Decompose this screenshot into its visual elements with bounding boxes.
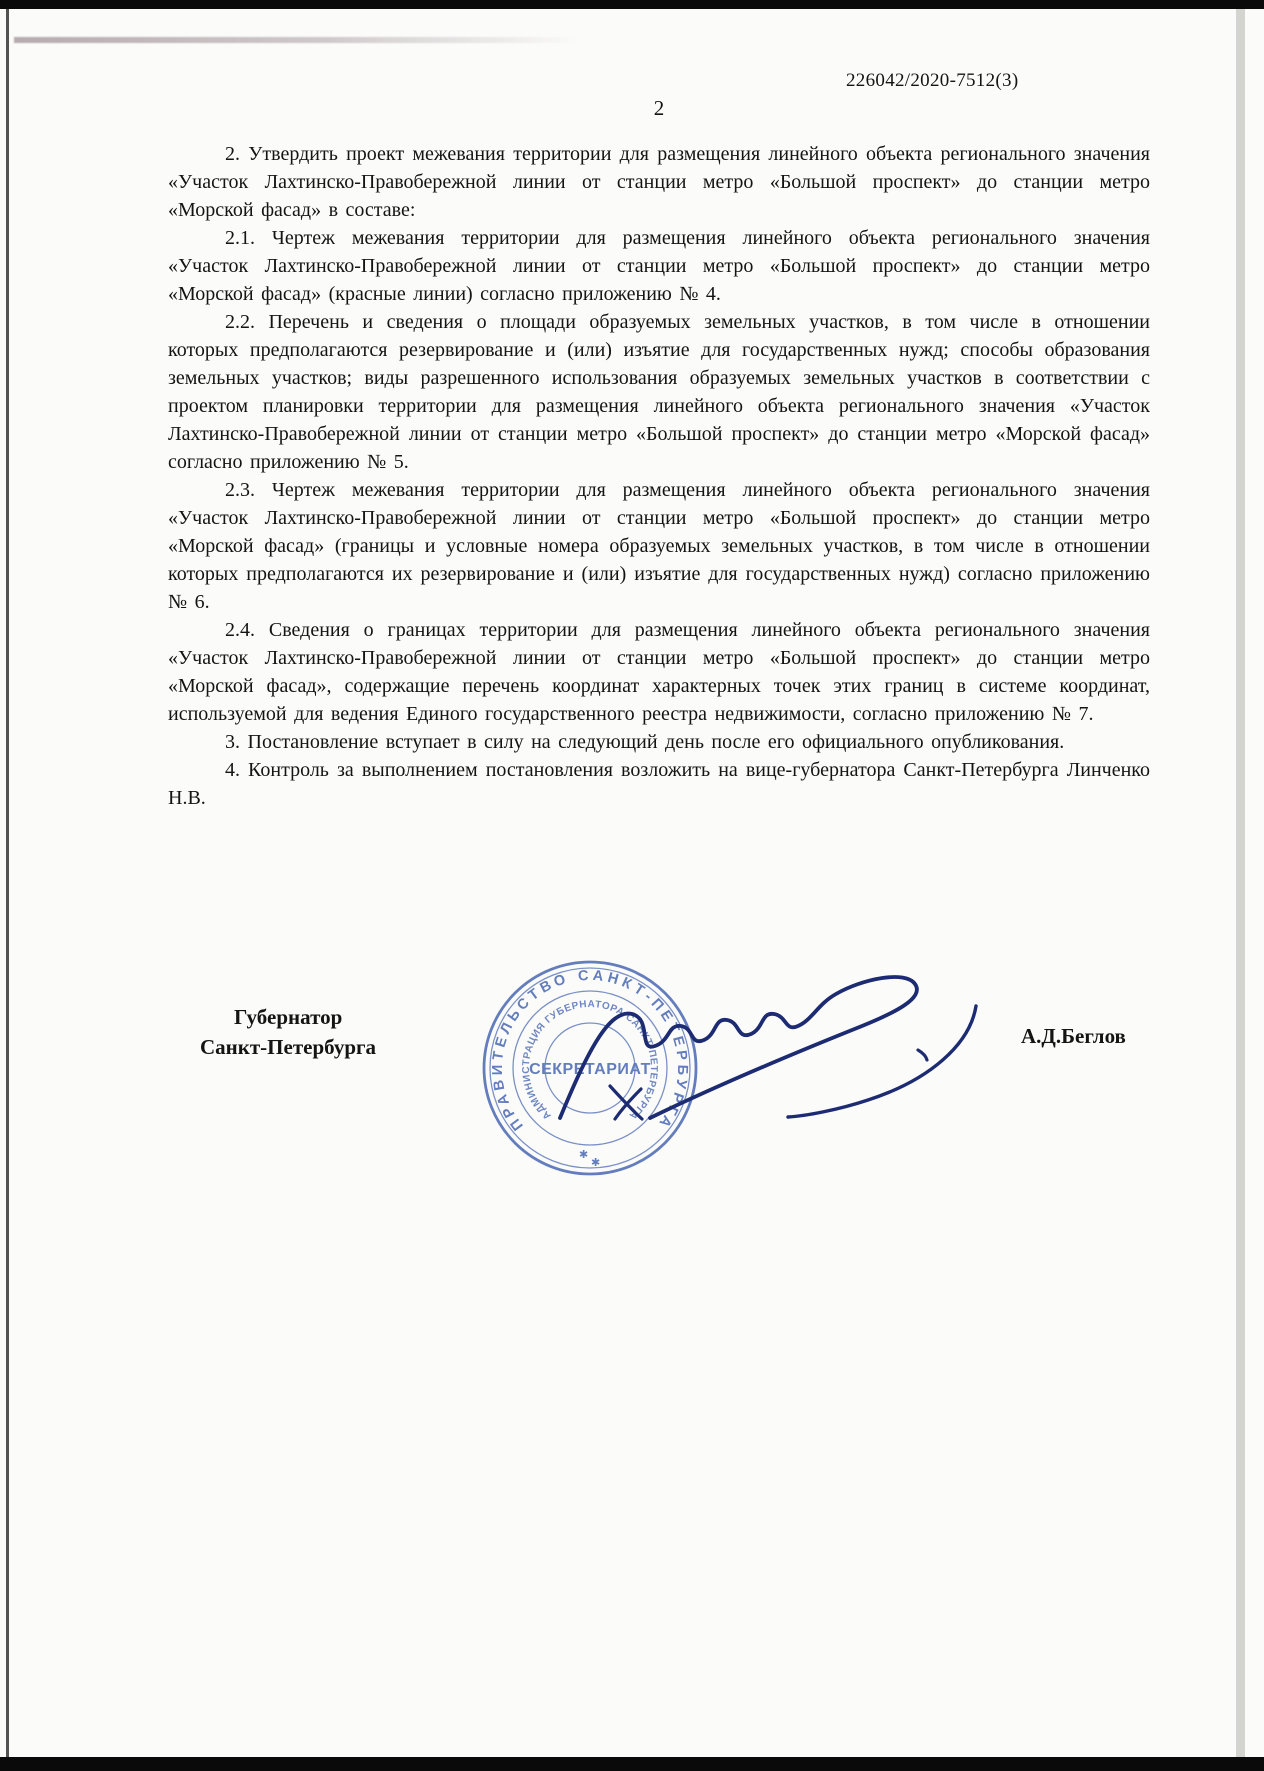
signer-position-line2: Санкт-Петербурга (200, 1035, 376, 1059)
scanned-document-page: 226042/2020-7512(3) 2 2. Утвердить проек… (0, 0, 1264, 1771)
paragraph-2-2: 2.2. Перечень и сведения о площади образ… (168, 308, 1150, 476)
paragraph-2-4: 2.4. Сведения о границах территории для … (168, 616, 1150, 728)
signature-ink-main-stroke (560, 977, 917, 1118)
signature-ink-k-stroke (610, 1086, 642, 1119)
signer-position-line1: Губернатор (234, 1002, 376, 1032)
paragraph-2-3: 2.3. Чертеж межевания территории для раз… (168, 476, 1150, 616)
scan-top-edge (0, 0, 1264, 9)
page-number: 2 (168, 96, 1150, 121)
signature-ink-tick-stroke (918, 1050, 927, 1060)
scan-right-edge (1236, 9, 1245, 1757)
paragraph-3: 3. Постановление вступает в силу на след… (168, 728, 1150, 756)
stamp-asterisk-icon: ✱ (579, 1149, 588, 1161)
paragraph-2-1: 2.1. Чертеж межевания территории для раз… (168, 224, 1150, 308)
paragraph-4: 4. Контроль за выполнением постановления… (168, 756, 1150, 812)
document-reference-number: 226042/2020-7512(3) (846, 70, 1018, 92)
paragraph-2: 2. Утвердить проект межевания территории… (168, 140, 1150, 224)
scan-left-edge (6, 9, 9, 1757)
scan-streak-artifact (14, 37, 579, 43)
handwritten-signature (540, 950, 1000, 1150)
signer-name: А.Д.Беглов (1021, 1024, 1126, 1049)
signature-ink-flourish-stroke (788, 1006, 976, 1117)
document-body: 2. Утвердить проект межевания территории… (168, 140, 1150, 812)
scan-bottom-edge (0, 1757, 1264, 1771)
stamp-asterisk-icon: ✱ (591, 1157, 600, 1169)
signer-position-title: Губернатор Санкт-Петербурга (200, 1002, 376, 1062)
